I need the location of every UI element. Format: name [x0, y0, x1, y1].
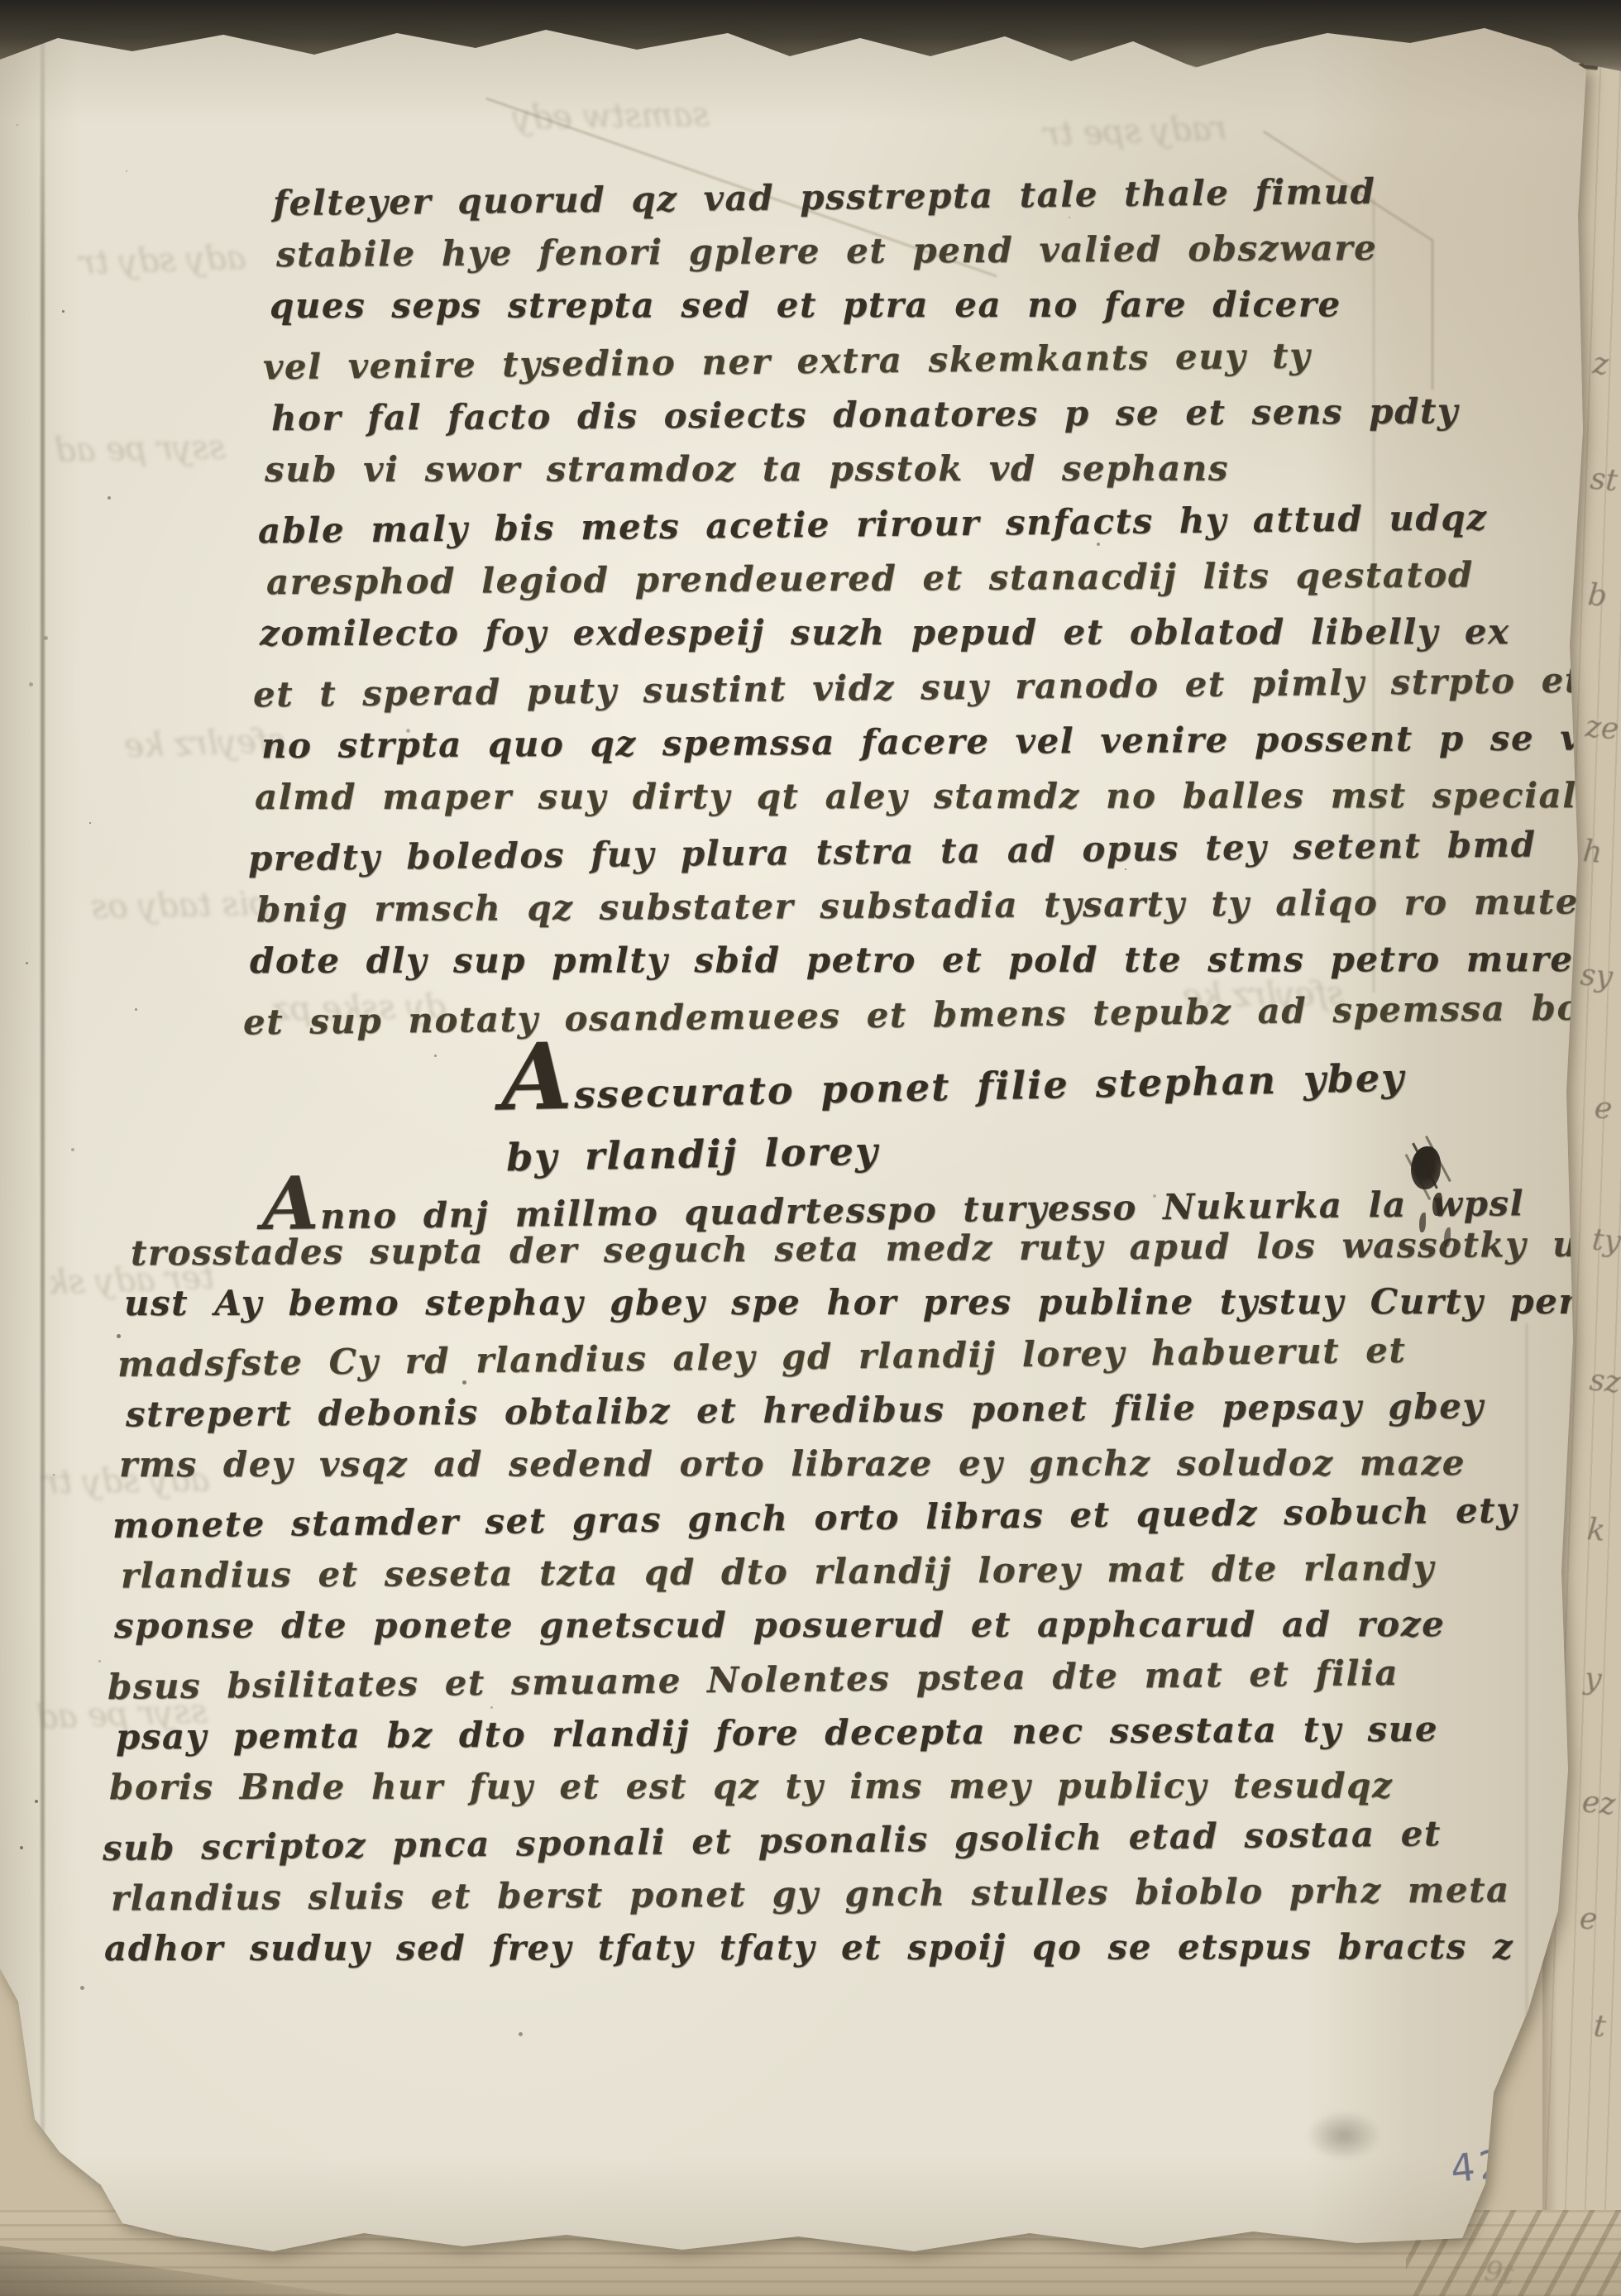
manuscript-line: zomilecto foy exdespeij suzh pepud et ob… [260, 611, 1621, 667]
ink-speck [1181, 1520, 1183, 1522]
manuscript-line: strepert debonis obtalibz et hredibus po… [126, 1385, 1618, 1447]
ink-speck [71, 1148, 74, 1151]
manuscript-line: sub vi swor stramdoz ta psstok vd sephan… [265, 447, 1621, 504]
ink-speck [108, 496, 111, 500]
ink-speck [44, 636, 48, 640]
manuscript-line: rms dey vsqz ad sedend orto libraze ey g… [119, 1442, 1617, 1498]
ink-speck [20, 1846, 23, 1849]
manuscript-line: stabile hye fenori gplere et pend valied… [276, 226, 1621, 289]
manuscript-line: adhor suduy sed frey tfaty tfaty et spoi… [104, 1926, 1617, 1982]
ink-speck [1069, 217, 1070, 218]
smudge-mark [1307, 2111, 1381, 2160]
ink-speck [35, 1800, 38, 1803]
ink-speck [53, 1474, 55, 1476]
gutter-crease [41, 33, 45, 2233]
ink-speck [406, 729, 410, 733]
ink-speck [1012, 1567, 1014, 1568]
ink-speck [378, 403, 380, 405]
ink-speck [17, 124, 18, 126]
ink-speck [89, 822, 91, 824]
show-through-text: ady sdy tr [79, 238, 246, 282]
ink-speck [62, 310, 65, 313]
manuscript-line: rlandius et seseta tzta qd dto rlandij l… [121, 1546, 1618, 1609]
ink-speck [98, 1660, 101, 1662]
ink-speck [26, 962, 28, 964]
heading-line-1: Assecurato ponet filie stephan ybey [500, 1035, 1405, 1119]
ink-speck [29, 682, 33, 686]
manuscript-line: no strpta quo qz spemssa facere vel veni… [261, 717, 1621, 780]
manuscript-line: rlandius sluis et berst ponet gy gnch st… [111, 1868, 1618, 1931]
ink-blot [1396, 1131, 1454, 1222]
manuscript-line: ust Ay bemo stephay gbey spe hor pres pu… [124, 1281, 1617, 1337]
lower-text-block: Anno dnj millmo quadrtesspo turyesso Nuk… [84, 1174, 1617, 1981]
manuscript-leaf: ady sdy trssyr pe adsfeylrz kepis tady o… [0, 0, 1621, 2296]
ink-speck [1125, 868, 1126, 870]
manuscript-line: dote dly sup pmlty sbid petro et pold tt… [250, 939, 1621, 995]
manuscript-scan: 2zstbzehsyetyszkyezet 9t ady sdy trssyr … [0, 0, 1621, 2296]
ink-speck [80, 1986, 84, 1990]
ink-speck [490, 1706, 493, 1709]
manuscript-line: almd maper suy dirty qt aley stamdz no b… [255, 775, 1621, 831]
manuscript-line: psay pemta bz dto rlandij fore decepta n… [116, 1707, 1618, 1770]
ink-speck [1097, 543, 1100, 546]
ink-speck [117, 1334, 121, 1338]
show-through-text: rady spe tr [1043, 109, 1227, 154]
ink-speck [547, 356, 549, 359]
show-through-text: samstw edy [513, 96, 710, 137]
manuscript-page: ady sdy trssyr pe adsfeylrz kepis tady o… [0, 0, 1621, 2296]
upper-text-block: felteyer quorud qz vad psstrepta tale th… [230, 175, 1621, 1049]
show-through-text: ssyr pe ad [55, 428, 227, 470]
folio-number: 42 [1448, 2141, 1509, 2192]
entry-heading: Assecurato ponet filie stephan ybey by r… [501, 1044, 1405, 1172]
manuscript-line: trosstades supta der seguch seta medz ru… [131, 1224, 1618, 1287]
ink-speck [434, 1055, 437, 1057]
manuscript-line: boris Bnde hur fuy et est qz ty ims mey … [109, 1765, 1617, 1820]
ink-speck [135, 1008, 137, 1011]
manuscript-line: aresphod legiod prendeuered et stanacdij… [266, 553, 1621, 616]
manuscript-line: sponse dte ponete gnetscud posuerud et a… [114, 1604, 1617, 1659]
ink-speck [126, 170, 127, 172]
manuscript-line: bnig rmsch qz substater substadia tysart… [256, 881, 1621, 944]
manuscript-line: ques seps strepta sed et ptra ea no fare… [270, 284, 1621, 340]
ink-speck [1040, 1892, 1044, 1896]
ink-speck [1153, 1194, 1156, 1198]
manuscript-line: hor fal facto dis osiects donatores p se… [271, 390, 1621, 452]
ink-speck [462, 1380, 466, 1385]
ink-speck [519, 2032, 523, 2036]
